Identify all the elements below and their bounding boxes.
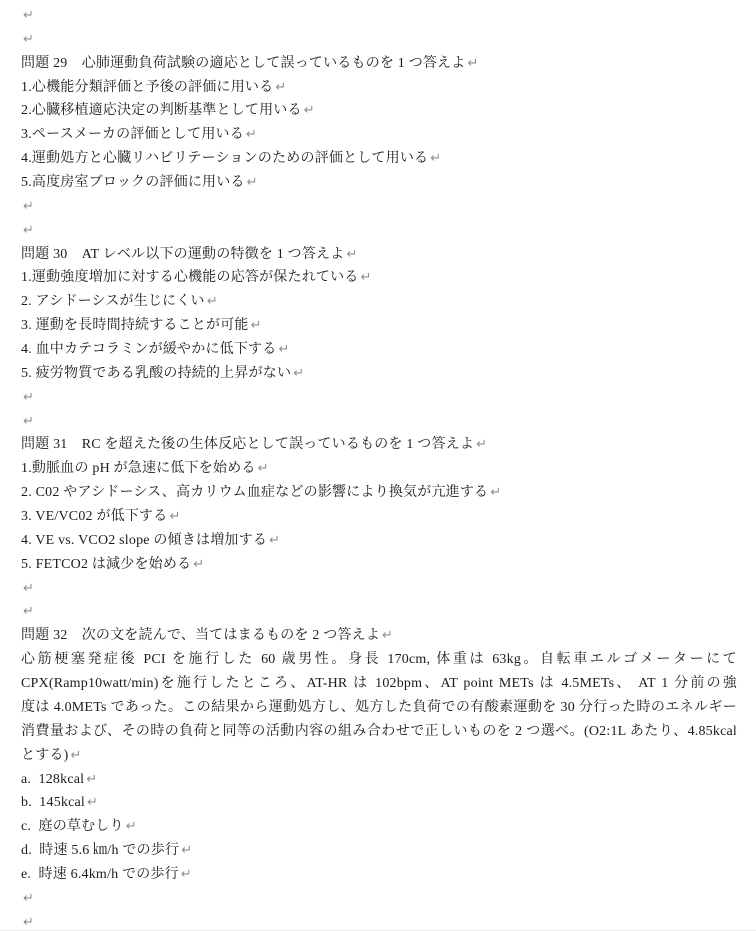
line-text: b. 145kcal xyxy=(21,795,85,810)
paragraph-mark-icon: ↵ xyxy=(23,390,34,405)
line-text: 度は 4.0METs であった。この結果から運動処方し、処方した負荷での有酸素運… xyxy=(21,700,737,715)
q31-option-2: 2. C02 やアシドーシス、高カリウム血症などの影響により換気が亢進する↵ xyxy=(21,481,737,505)
line-text: c. 庭の草むしり xyxy=(21,819,124,834)
blank-line: ↵ xyxy=(21,195,737,219)
q29-option-4: 4.運動処方と心臓リハビリテーションのための評価として用いる↵ xyxy=(21,147,737,171)
q29-title: 問題 29 心肺運動負荷試験の適応として誤っているものを 1 つ答えよ↵ xyxy=(21,52,737,76)
paragraph-mark-icon: ↵ xyxy=(361,270,372,285)
q30-option-4: 4. 血中カテコラミンが緩やかに低下する↵ xyxy=(21,338,737,362)
line-text: 5. 疲労物質である乳酸の持続的上昇がない xyxy=(21,366,291,381)
paragraph-mark-icon: ↵ xyxy=(247,175,258,190)
line-text: 4.運動処方と心臓リハビリテーションのための評価として用いる xyxy=(21,151,428,166)
q32-body-line-1: 心筋梗塞発症後 PCI を施行した 60 歳男性。身長 170cm, 体重は 6… xyxy=(21,648,737,672)
line-text: 3.ペースメーカの評価として用いる xyxy=(21,127,244,142)
line-text: 問題 31 RC を超えた後の生体反応として誤っているものを 1 つ答えよ xyxy=(21,437,474,452)
line-text: とする) xyxy=(21,748,68,763)
q32-option-a: a. 128kcal↵ xyxy=(21,768,737,792)
line-text: 問題 30 AT レベル以下の運動の特徴を 1 つ答えよ xyxy=(21,247,344,262)
q32-option-b: b. 145kcal↵ xyxy=(21,791,737,815)
paragraph-mark-icon: ↵ xyxy=(269,533,280,548)
line-text: 3. VE/VC02 が低下する xyxy=(21,509,167,524)
paragraph-mark-icon: ↵ xyxy=(23,32,34,47)
q32-option-d: d. 時速 5.6 ㎞/h での歩行↵ xyxy=(21,839,737,863)
q32-body-line-5: とする)↵ xyxy=(21,744,737,768)
paragraph-mark-icon: ↵ xyxy=(23,891,34,906)
q32-title: 問題 32 次の文を読んで、当てはまるものを 2 つ答えよ↵ xyxy=(21,624,737,648)
q30-option-3: 3. 運動を長時間持続することが可能↵ xyxy=(21,314,737,338)
paragraph-mark-icon: ↵ xyxy=(23,604,34,619)
paragraph-mark-icon: ↵ xyxy=(23,414,34,429)
document-page: ↵↵問題 29 心肺運動負荷試験の適応として誤っているものを 1 つ答えよ↵1.… xyxy=(0,0,756,931)
paragraph-mark-icon: ↵ xyxy=(23,199,34,214)
paragraph-mark-icon: ↵ xyxy=(293,366,304,381)
blank-line: ↵ xyxy=(21,577,737,601)
line-text: 消費量および、その時の負荷と同等の活動内容の組み合わせで正しいものを 2 つ選べ… xyxy=(21,724,737,739)
paragraph-mark-icon: ↵ xyxy=(23,223,34,238)
paragraph-mark-icon: ↵ xyxy=(258,461,269,476)
blank-line: ↵ xyxy=(21,887,737,911)
paragraph-mark-icon: ↵ xyxy=(23,581,34,596)
paragraph-mark-icon: ↵ xyxy=(304,103,315,118)
paragraph-mark-icon: ↵ xyxy=(468,56,479,71)
q31-option-4: 4. VE vs. VCO2 slope の傾きは増加する↵ xyxy=(21,529,737,553)
paragraph-mark-icon: ↵ xyxy=(278,342,289,357)
line-text: e. 時速 6.4km/h での歩行 xyxy=(21,867,179,882)
q32-body-line-3: 度は 4.0METs であった。この結果から運動処方し、処方した負荷での有酸素運… xyxy=(21,696,737,720)
q32-option-c: c. 庭の草むしり↵ xyxy=(21,815,737,839)
paragraph-mark-icon: ↵ xyxy=(193,557,204,572)
paragraph-mark-icon: ↵ xyxy=(382,628,393,643)
line-text: d. 時速 5.6 ㎞/h での歩行 xyxy=(21,843,179,858)
line-text: 1.心機能分類評価と予後の評価に用いる xyxy=(21,80,273,95)
blank-line: ↵ xyxy=(21,4,737,28)
paragraph-mark-icon: ↵ xyxy=(87,795,98,810)
line-text: 1.運動強度増加に対する心機能の応答が保たれている xyxy=(21,270,359,285)
paragraph-mark-icon: ↵ xyxy=(275,80,286,95)
q31-option-3: 3. VE/VC02 が低下する↵ xyxy=(21,505,737,529)
line-text: a. 128kcal xyxy=(21,772,84,787)
paragraph-mark-icon: ↵ xyxy=(181,843,192,858)
q30-option-5: 5. 疲労物質である乳酸の持続的上昇がない↵ xyxy=(21,362,737,386)
paragraph-mark-icon: ↵ xyxy=(23,915,34,930)
paragraph-mark-icon: ↵ xyxy=(430,151,441,166)
q30-option-1: 1.運動強度増加に対する心機能の応答が保たれている↵ xyxy=(21,266,737,290)
paragraph-mark-icon: ↵ xyxy=(23,8,34,23)
line-text: 4. VE vs. VCO2 slope の傾きは増加する xyxy=(21,533,267,548)
paragraph-mark-icon: ↵ xyxy=(169,509,180,524)
line-text: 問題 32 次の文を読んで、当てはまるものを 2 つ答えよ xyxy=(21,628,380,643)
line-text: 5.高度房室ブロックの評価に用いる xyxy=(21,175,245,190)
q29-option-5: 5.高度房室ブロックの評価に用いる↵ xyxy=(21,171,737,195)
q31-option-5: 5. FETCO2 は減少を始める↵ xyxy=(21,553,737,577)
q29-option-3: 3.ペースメーカの評価として用いる↵ xyxy=(21,123,737,147)
line-text: 2.心臓移植適応決定の判断基準として用いる xyxy=(21,103,302,118)
q31-title: 問題 31 RC を超えた後の生体反応として誤っているものを 1 つ答えよ↵ xyxy=(21,433,737,457)
line-text: 2. アシドーシスが生じにくい xyxy=(21,294,205,309)
blank-line: ↵ xyxy=(21,28,737,52)
paragraph-mark-icon: ↵ xyxy=(181,867,192,882)
blank-line: ↵ xyxy=(21,600,737,624)
paragraph-mark-icon: ↵ xyxy=(346,247,357,262)
paragraph-mark-icon: ↵ xyxy=(86,772,97,787)
line-text: 3. 運動を長時間持続することが可能 xyxy=(21,318,249,333)
q29-option-1: 1.心機能分類評価と予後の評価に用いる↵ xyxy=(21,76,737,100)
q30-title: 問題 30 AT レベル以下の運動の特徴を 1 つ答えよ↵ xyxy=(21,243,737,267)
q32-option-e: e. 時速 6.4km/h での歩行↵ xyxy=(21,863,737,887)
paragraph-mark-icon: ↵ xyxy=(251,318,262,333)
q32-body-line-4: 消費量および、その時の負荷と同等の活動内容の組み合わせで正しいものを 2 つ選べ… xyxy=(21,720,737,744)
paragraph-mark-icon: ↵ xyxy=(70,748,81,763)
line-text: 2. C02 やアシドーシス、高カリウム血症などの影響により換気が亢進する xyxy=(21,485,488,500)
line-text: 心筋梗塞発症後 PCI を施行した 60 歳男性。身長 170cm, 体重は 6… xyxy=(21,652,737,667)
paragraph-mark-icon: ↵ xyxy=(246,127,257,142)
blank-line: ↵ xyxy=(21,410,737,434)
paragraph-mark-icon: ↵ xyxy=(490,485,501,500)
q30-option-2: 2. アシドーシスが生じにくい↵ xyxy=(21,290,737,314)
blank-line: ↵ xyxy=(21,911,737,931)
paragraph-mark-icon: ↵ xyxy=(126,819,137,834)
blank-line: ↵ xyxy=(21,219,737,243)
line-text: CPX(Ramp10watt/min)を施行したところ、AT-HR は 102b… xyxy=(21,676,737,691)
blank-line: ↵ xyxy=(21,386,737,410)
paragraph-mark-icon: ↵ xyxy=(207,294,218,309)
q31-option-1: 1.動脈血の pH が急速に低下を始める↵ xyxy=(21,457,737,481)
q32-body-line-2: CPX(Ramp10watt/min)を施行したところ、AT-HR は 102b… xyxy=(21,672,737,696)
line-text: 5. FETCO2 は減少を始める xyxy=(21,557,191,572)
q29-option-2: 2.心臓移植適応決定の判断基準として用いる↵ xyxy=(21,99,737,123)
line-text: 4. 血中カテコラミンが緩やかに低下する xyxy=(21,342,276,357)
line-text: 1.動脈血の pH が急速に低下を始める xyxy=(21,461,256,476)
line-text: 問題 29 心肺運動負荷試験の適応として誤っているものを 1 つ答えよ xyxy=(21,56,466,71)
paragraph-mark-icon: ↵ xyxy=(476,437,487,452)
